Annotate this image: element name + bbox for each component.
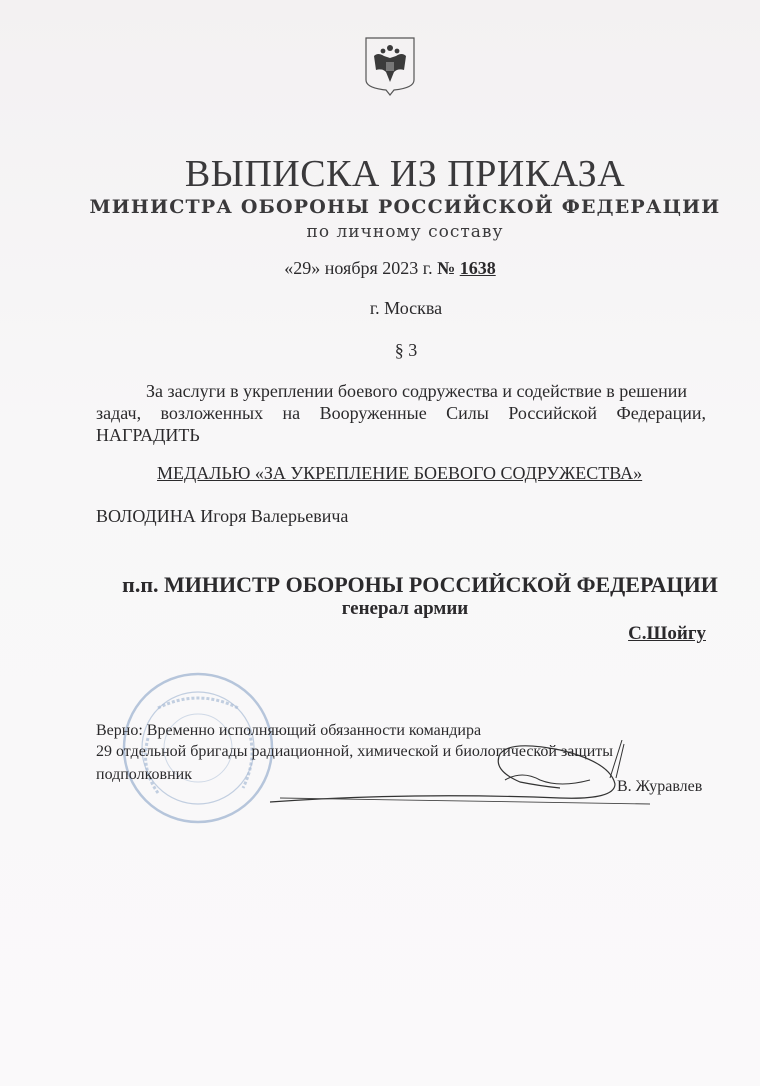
city: г. Москва <box>0 298 760 319</box>
body-line-2: задач, возложенных на Вооруженные Силы Р… <box>96 402 706 424</box>
document-title: ВЫПИСКА ИЗ ПРИКАЗА <box>0 152 760 196</box>
certification-line-2: 29 отдельной бригады радиационной, химич… <box>96 743 613 761</box>
coat-of-arms-icon <box>364 36 416 96</box>
document-subsubtitle: по личному составу <box>0 222 760 242</box>
body-line-1: За заслуги в укреплении боевого содружес… <box>146 380 687 402</box>
order-date-line: «29» ноября 2023 г. № 1638 <box>0 258 760 279</box>
certification-line-1: Верно: Временно исполняющий обязанности … <box>96 722 481 740</box>
order-date: «29» ноября 2023 г. <box>284 258 432 278</box>
signatory-title: п.п. МИНИСТР ОБОРОНЫ РОССИЙСКОЙ ФЕДЕРАЦИ… <box>0 572 760 598</box>
signatory-rank: генерал армии <box>0 598 760 620</box>
certifier-name: В. Журавлев <box>617 778 702 796</box>
certification-rank: подполковник <box>96 766 192 784</box>
body-line-3: НАГРАДИТЬ <box>96 424 200 446</box>
order-number: 1638 <box>460 258 496 278</box>
signatory-name: С.Шойгу <box>628 623 706 645</box>
document-page: ВЫПИСКА ИЗ ПРИКАЗА МИНИСТРА ОБОРОНЫ РОСС… <box>0 0 760 1086</box>
paragraph-number: § 3 <box>0 340 760 361</box>
award-name: МЕДАЛЬЮ «ЗА УКРЕПЛЕНИЕ БОЕВОГО СОДРУЖЕСТ… <box>157 463 642 484</box>
number-sign: № <box>437 258 455 278</box>
document-subtitle: МИНИСТРА ОБОРОНЫ РОССИЙСКОЙ ФЕДЕРАЦИИ <box>0 196 760 218</box>
recipient-name: ВОЛОДИНА Игоря Валерьевича <box>96 506 348 527</box>
